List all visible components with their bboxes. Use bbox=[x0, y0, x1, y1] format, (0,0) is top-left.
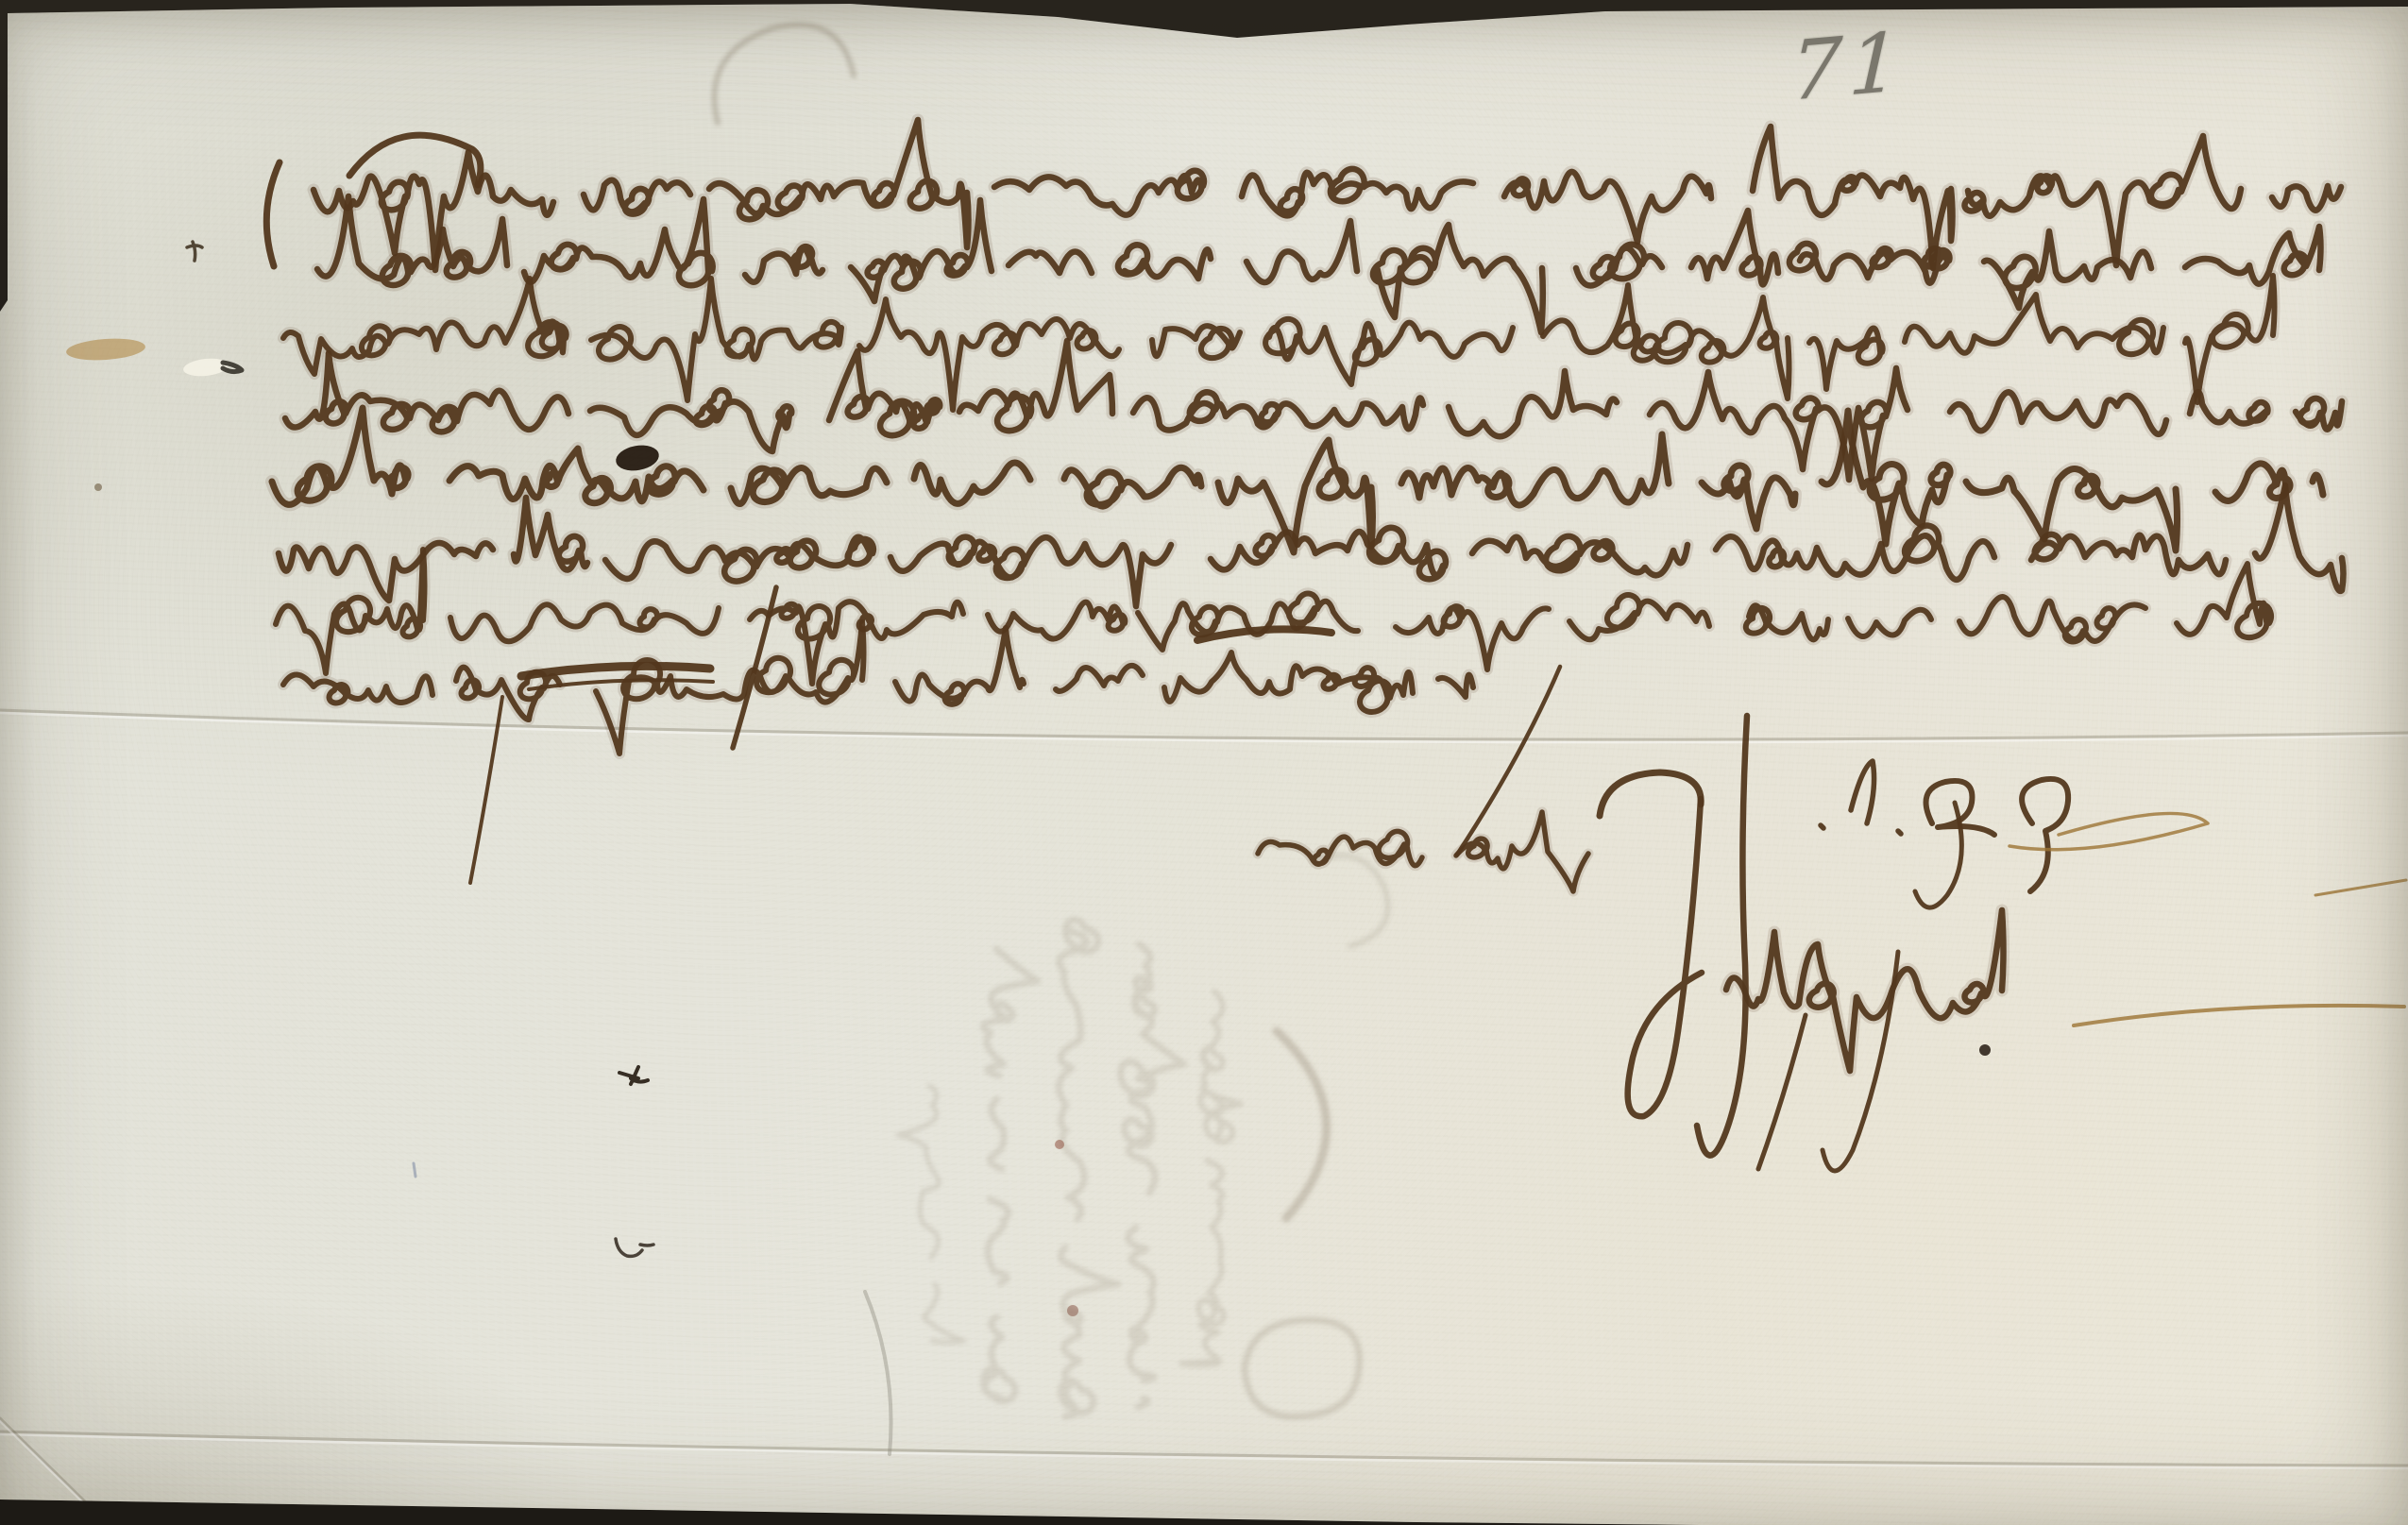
verso-arc-1 bbox=[1277, 1031, 1327, 1218]
signature-left-text bbox=[1258, 812, 1588, 891]
line7-underbar-a bbox=[521, 666, 710, 676]
manuscript-page: 71 bbox=[0, 0, 2408, 1525]
sig-initial-stem1 bbox=[1628, 799, 1702, 1116]
verso-arcs bbox=[715, 25, 1388, 1416]
sig-light-loop bbox=[2009, 813, 2208, 849]
sig-underline-short bbox=[2315, 880, 2406, 895]
ink-dot bbox=[1979, 1044, 1991, 1056]
tiny-dot bbox=[94, 483, 102, 491]
blue-fleck bbox=[414, 1163, 415, 1177]
ink-tick bbox=[187, 242, 202, 261]
sig-initial-hook bbox=[1600, 772, 1701, 816]
text-line-3 bbox=[283, 276, 2275, 410]
sig-initial-stem2 bbox=[1697, 716, 1747, 1156]
small-v-mark bbox=[616, 1239, 653, 1256]
ochre-stain bbox=[65, 336, 145, 363]
red-verso-dot-1 bbox=[1055, 1140, 1064, 1149]
folio-number: 71 bbox=[1789, 21, 1908, 112]
flourish-strokes bbox=[266, 135, 2406, 1171]
text-line-1 bbox=[314, 120, 2341, 270]
verso-oval bbox=[1245, 1320, 1360, 1416]
scan-background: { "scan": { "background_color": "#211d18… bbox=[0, 0, 2408, 1525]
opening-paren bbox=[266, 162, 280, 266]
verso-show-through bbox=[898, 920, 1241, 1416]
sig-dot-l-dot bbox=[1821, 761, 1901, 834]
sig-name-descender2 bbox=[1758, 1015, 1806, 1169]
verso-arc-2 bbox=[1314, 856, 1388, 946]
red-verso-dot-2 bbox=[1067, 1305, 1078, 1316]
sig-underline-long bbox=[2074, 1006, 2404, 1025]
sig-eps-descender bbox=[1915, 803, 1961, 907]
watermark-arc-top bbox=[715, 25, 854, 123]
pencil-arc bbox=[865, 1292, 891, 1454]
speck-cluster bbox=[619, 1067, 648, 1084]
signature-name bbox=[1726, 910, 2004, 1071]
text-line-5 bbox=[272, 408, 2323, 552]
handwriting-layer bbox=[0, 0, 2408, 1525]
